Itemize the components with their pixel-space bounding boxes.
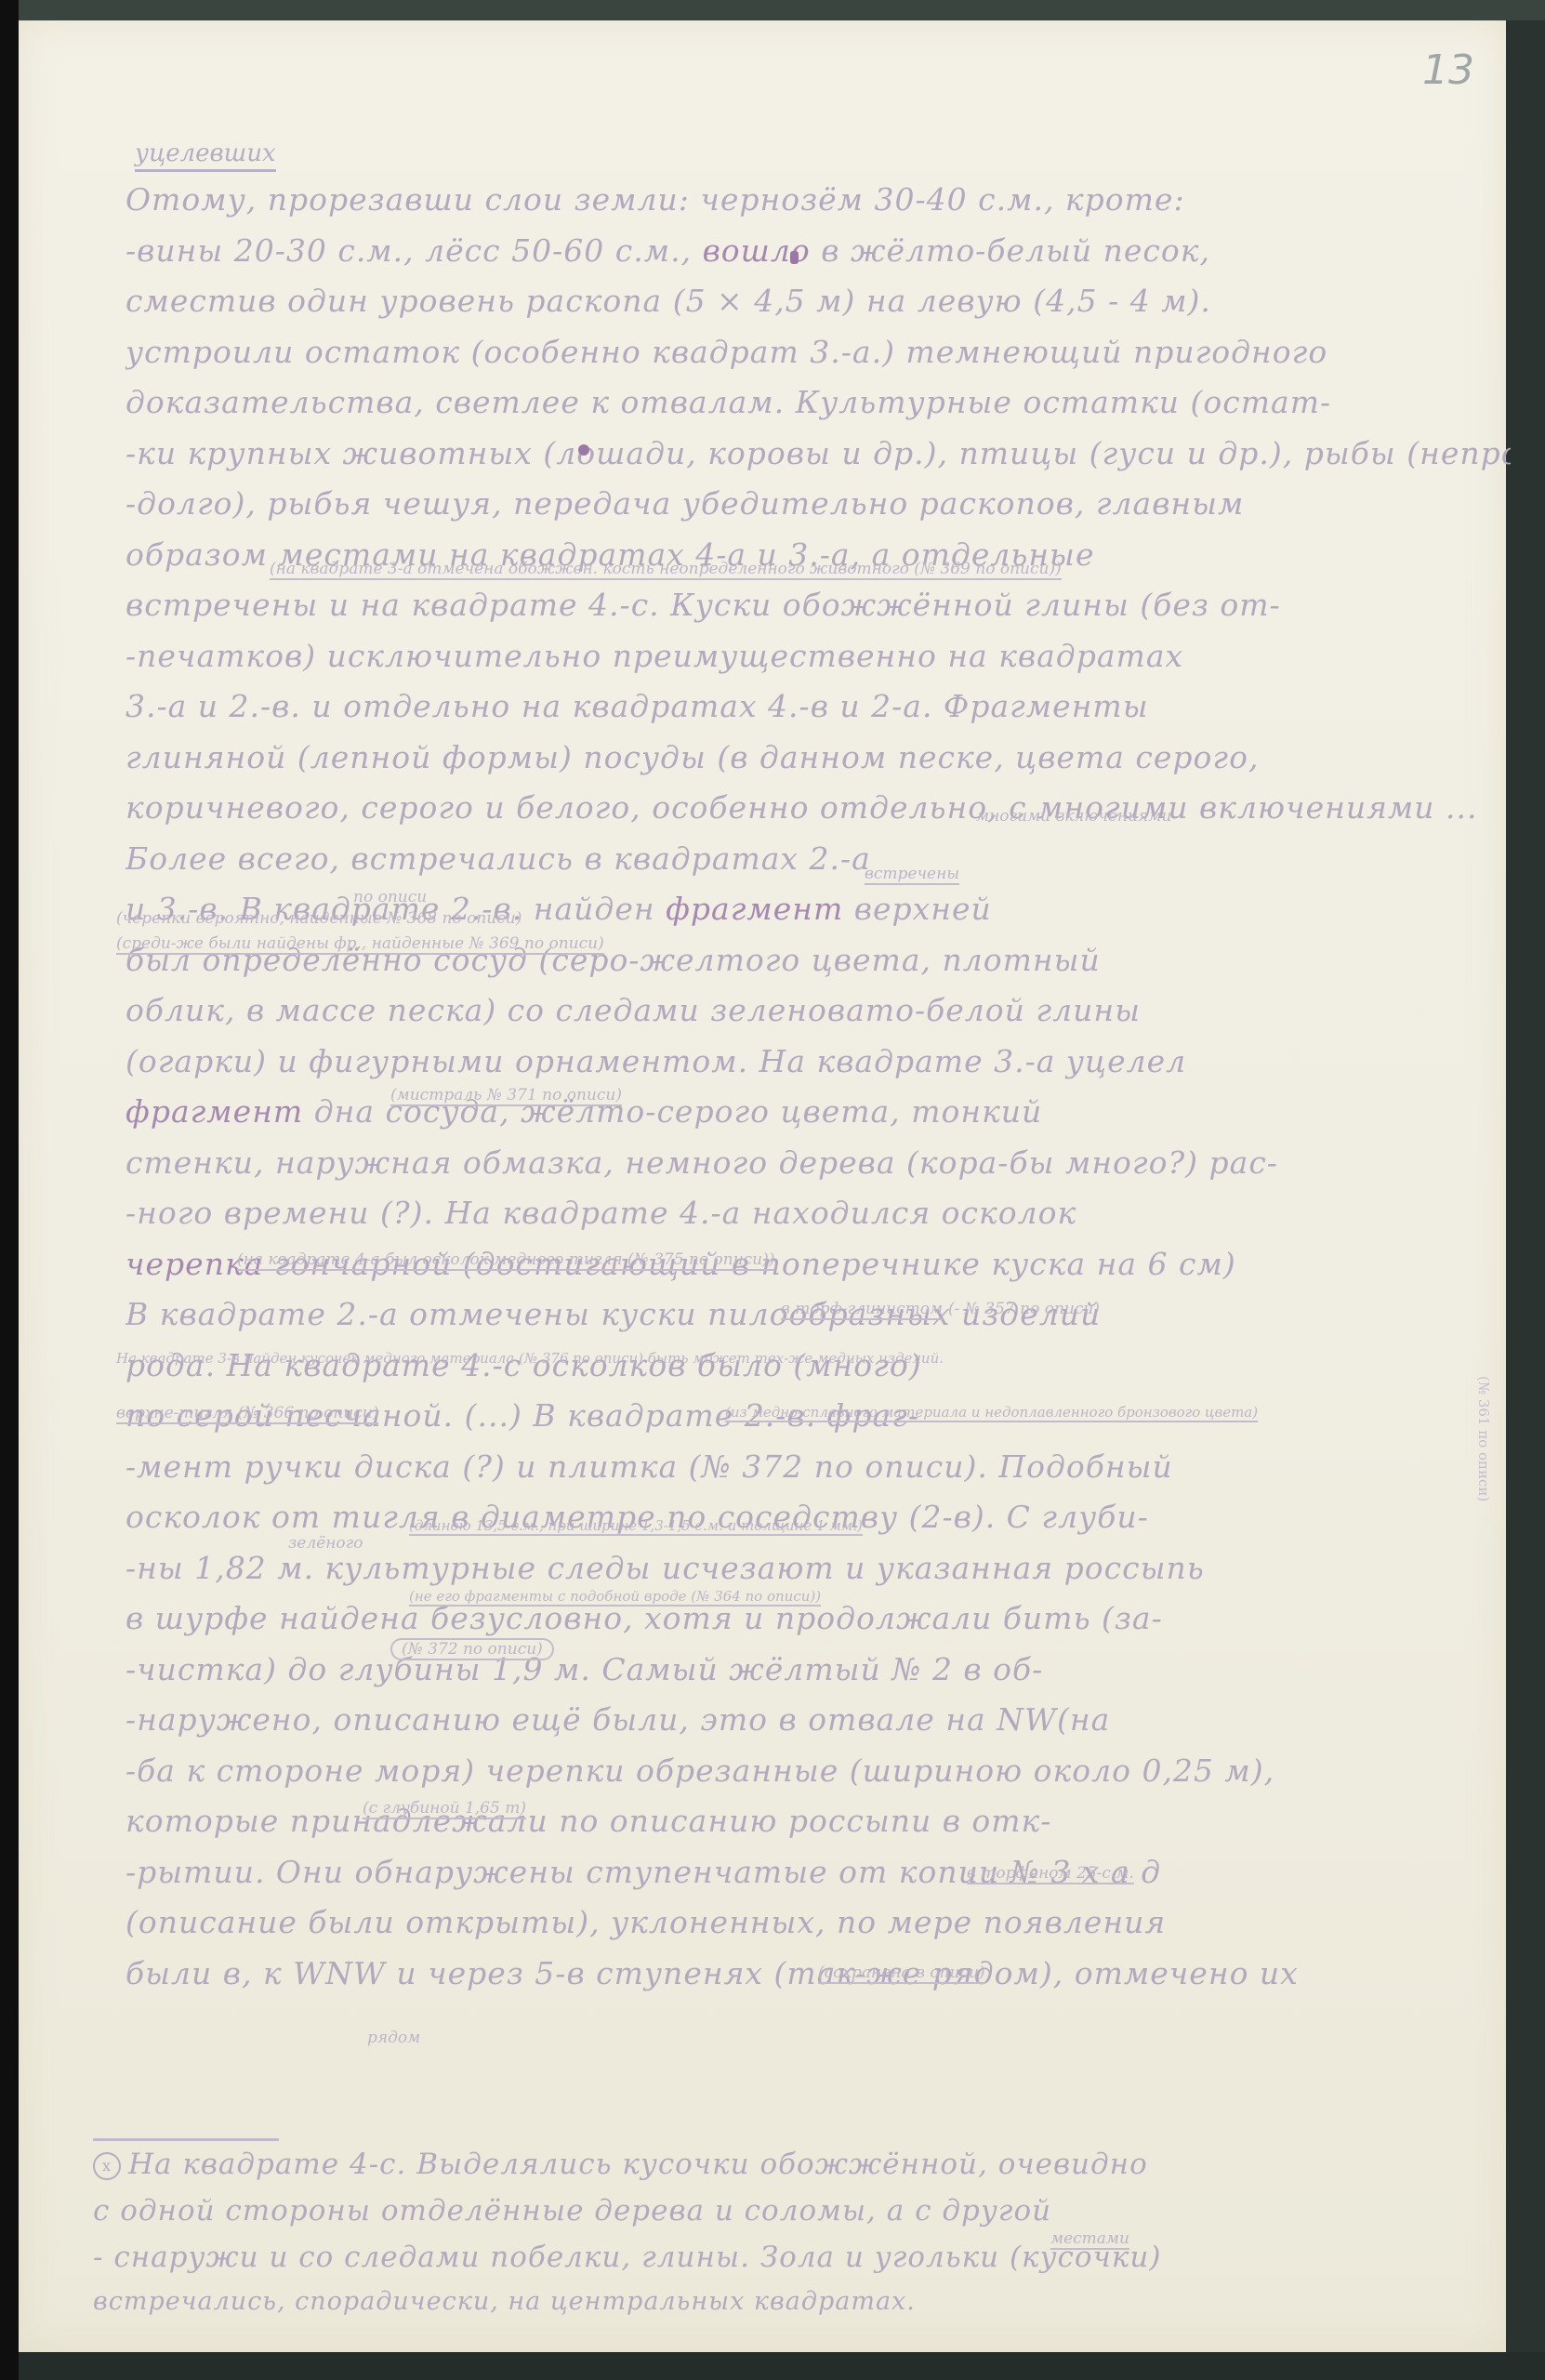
interlinear-note: верхне-тигля (№ 366 по описи) — [116, 1404, 378, 1424]
manuscript-line: которые принадлежали по описанию россыпи… — [125, 1803, 1511, 1854]
interlinear-note: по описи — [353, 888, 427, 906]
interlinear-note: (сохранена в описи) — [818, 1963, 985, 1984]
manuscript-line: 3.-а и 2.-в. и отдельно на квадратах 4.-… — [125, 688, 1511, 739]
manuscript-line: устроили остаток (особенно квадрат 3.-а.… — [125, 334, 1511, 385]
footnote-line: - снаружи и со следами побелки, глины. З… — [93, 2241, 1487, 2287]
manuscript-line: Отому, прорезавши слои земли: чернозём 3… — [125, 181, 1511, 232]
interlinear-note: (из медно-сплавного материала и недоплав… — [725, 1404, 1258, 1422]
interlinear-note: (№ 372 по описи) — [390, 1638, 554, 1660]
scan-left-edge — [0, 0, 19, 2380]
manuscript-line: коричневого, серого и белого, особенно о… — [125, 789, 1511, 840]
margin-note: (№ 361 по описи) — [1475, 1376, 1492, 1501]
interlinear-note: зелёного — [288, 1534, 363, 1553]
scan-bottom-edge — [19, 2352, 1545, 2380]
interlinear-note: На квадрате 3-в найден кусочек медного м… — [116, 1350, 944, 1367]
manuscript-line: в шурфе найдена безусловно, хотя и продо… — [125, 1600, 1511, 1651]
manuscript-line: сместив один уровень раскопа (5 × 4,5 м)… — [125, 283, 1511, 334]
manuscript-line: -чистка) до глубины 1,9 м. Самый жёлтый … — [125, 1651, 1511, 1702]
interlinear-note: (на квадрате 4-а был осколок медного тиг… — [237, 1250, 774, 1271]
footnote-marker-icon: x — [93, 2152, 121, 2180]
ink-blot — [578, 444, 589, 456]
manuscript-line: доказательства, светлее к отвалам. Культ… — [125, 384, 1511, 435]
interlinear-note: многими включениями — [976, 807, 1171, 826]
footnote-line: xНа квадрате 4-с. Выделялись кусочки обо… — [93, 2148, 1487, 2194]
manuscript-line: глиняной (лепной формы) посуды (в данном… — [125, 739, 1511, 790]
manuscript-line: стенки, наружная обмазка, немного дерева… — [125, 1144, 1511, 1196]
manuscript-line: (огарки) и фигурными орнаментом. На квад… — [125, 1043, 1511, 1094]
interlinear-note: (мистраль № 371 по описи) — [390, 1086, 622, 1106]
inserted-heading-word: уцелевших — [135, 139, 276, 172]
scan-right-edge — [1506, 20, 1545, 2380]
footnote-line: с одной стороны отделённые дерева и соло… — [93, 2194, 1487, 2241]
ink-blot — [790, 251, 799, 264]
interlinear-note: в торфяном 25-с.м. — [967, 1864, 1134, 1884]
interlinear-note: рядом — [367, 2029, 420, 2047]
interlinear-note: (длиною 13,5 с.м., при ширине 1,3-1,5 с.… — [409, 1517, 863, 1536]
manuscript-body: Отому, прорезавши слои земли: чернозём 3… — [125, 181, 1511, 2005]
manuscript-line: -наружено, описанию ещё были, это в отва… — [125, 1701, 1511, 1752]
footnote-line: встречались, спорадически, на центральны… — [93, 2287, 1487, 2334]
manuscript-line: -ного времени (?). На квадрате 4.-а нахо… — [125, 1195, 1511, 1246]
manuscript-line: Более всего, встречались в квадратах 2.-… — [125, 840, 1511, 892]
footnote: xНа квадрате 4-с. Выделялись кусочки обо… — [93, 2148, 1487, 2334]
manuscript-line: (описание были открыты), уклоненных, по … — [125, 1904, 1511, 1955]
manuscript-line: -вины 20-30 с.м., лёсс 50-60 с.м., вошло… — [125, 232, 1511, 284]
footnote-separator — [93, 2138, 279, 2141]
dark-ink-word: фрагмент — [666, 891, 843, 927]
footnote-inserted-word: местами — [1050, 2229, 1129, 2250]
interlinear-note: (на квадрате 3-а отмечена обожжен. кость… — [270, 560, 1062, 580]
interlinear-note: (среди-же были найдены фр., найденные № … — [116, 934, 604, 955]
manuscript-line: -мент ручки диска (?) и плитка (№ 372 по… — [125, 1448, 1511, 1500]
interlinear-note: в торф-глинистом — [781, 1300, 943, 1320]
interlinear-note: (- № 357 по описи) — [948, 1300, 1100, 1318]
interlinear-note: (с глубиной 1,65 m) — [363, 1799, 526, 1819]
manuscript-line: -рытии. Они обнаружены ступенчатые от ко… — [125, 1854, 1511, 1905]
manuscript-line: -долго), рыбья чешуя, передача убедитель… — [125, 485, 1511, 536]
manuscript-line: -ки крупных животных (лошади, коровы и д… — [125, 435, 1511, 486]
interlinear-note: встречены — [865, 865, 959, 885]
interlinear-note: (черепки вероятно, найденные № 368 по оп… — [116, 909, 522, 928]
scan-top-edge — [19, 0, 1545, 20]
manuscript-line: -печатков) исключительно преимущественно… — [125, 638, 1511, 689]
manuscript-line: фрагмент дна сосуда, жёлто-серого цвета,… — [125, 1093, 1511, 1144]
interlinear-note: (не его фрагменты с подобной вроде (№ 36… — [409, 1588, 821, 1606]
dark-ink-word: фрагмент — [125, 1093, 303, 1130]
page-number: 13 — [1422, 46, 1474, 94]
manuscript-line: -ба к стороне моря) черепки обрезанные (… — [125, 1752, 1511, 1804]
manuscript-line: облик, в массе песка) со следами зеленов… — [125, 992, 1511, 1043]
manuscript-line: встречены и на квадрате 4.-с. Куски обож… — [125, 587, 1511, 638]
